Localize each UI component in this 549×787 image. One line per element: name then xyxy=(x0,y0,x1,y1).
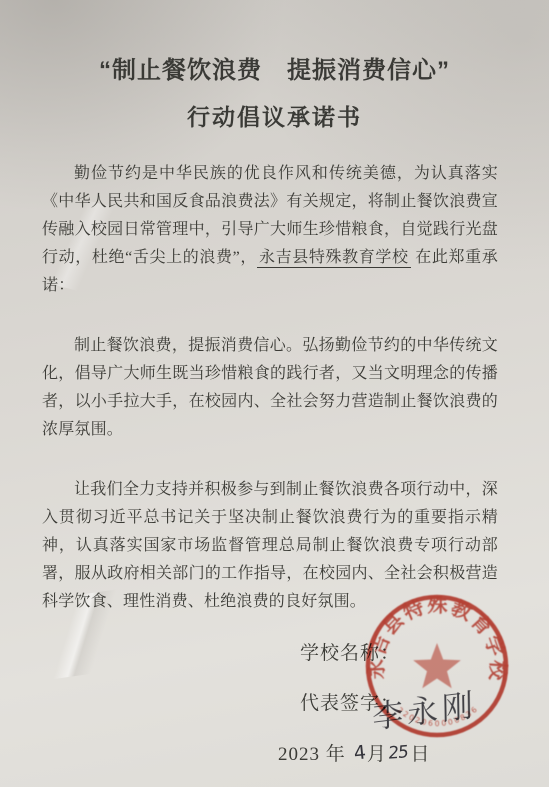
paragraph-2: 制止餐饮浪费，提振消费信心。弘扬勤俭节约的中华传统文化，倡导广大师生既当珍惜粮食… xyxy=(42,332,498,444)
date-day-unit: 日 xyxy=(411,739,431,766)
doc-title-line2: 行动倡议承诺书 xyxy=(0,99,549,132)
handwritten-month-value: 4 xyxy=(353,741,367,764)
paragraph-1: 勤俭节约是中华民族的优良作风和传统美德，为认真落实《中华人民共和国反食品浪费法》… xyxy=(42,160,498,300)
date-month-unit: 月 xyxy=(367,739,387,766)
date-line: 2023 年 4 月 25 日 xyxy=(278,739,431,766)
handwritten-day-value: 25 xyxy=(387,742,408,764)
doc-title-line1: “制止餐饮浪费 提振消费信心” xyxy=(0,50,549,85)
document-photo: “制止餐饮浪费 提振消费信心” 行动倡议承诺书 勤俭节约是中华民族的优良作风和传… xyxy=(0,0,549,787)
school-name-inline: 永吉县特殊教育学校 xyxy=(257,249,411,268)
date-year: 2023 年 xyxy=(278,739,346,766)
document-body: 勤俭节约是中华民族的优良作风和传统美德，为认真落实《中华人民共和国反食品浪费法》… xyxy=(42,160,498,648)
